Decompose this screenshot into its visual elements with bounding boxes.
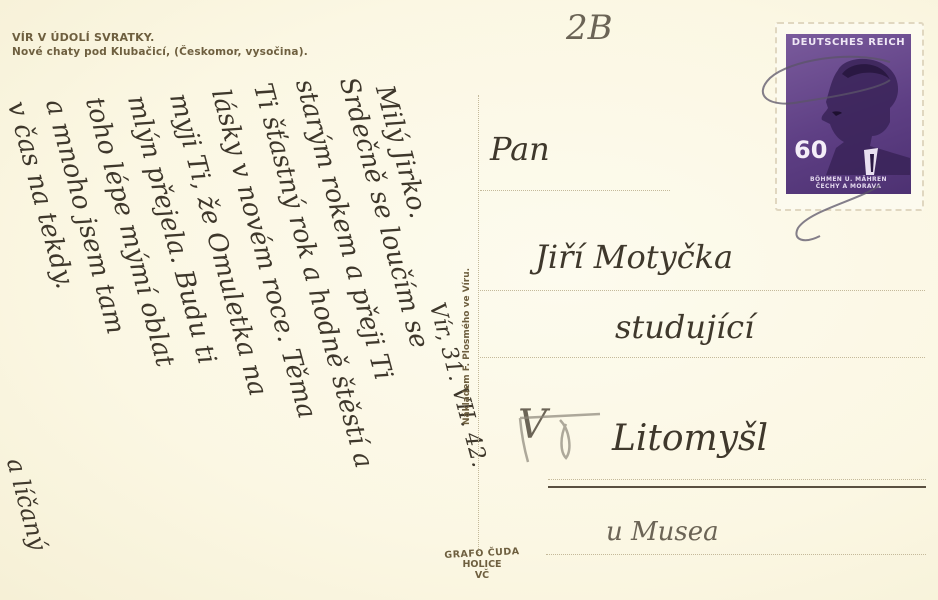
publisher-imprint: Nákladem F. Plosmého ve Víru. <box>462 205 476 425</box>
stamp-value: 60 <box>794 136 827 164</box>
address-street: u Musea <box>606 517 719 547</box>
printer-mark: GRAFO ČUDA HOLICE VČ <box>432 548 532 581</box>
caption-subtitle: Nové chaty pod Klubačicí, (Českomor, vys… <box>12 46 308 58</box>
stamp-footer-line2: ČECHY A MORAVA <box>786 183 911 190</box>
address-line-4 <box>548 479 926 480</box>
caption-title: VÍR V ÚDOLÍ SVRATKY. <box>12 31 155 44</box>
address-city: Litomyšl <box>612 418 768 459</box>
address-name: Jiří Motyčka <box>535 238 733 276</box>
message-closing: a líčaný <box>1 455 52 553</box>
address-line-5 <box>546 554 926 555</box>
stamp-footer: BÖHMEN U. MÄHREN ČECHY A MORAVA <box>786 176 911 190</box>
address-city-prefix: V <box>518 402 547 448</box>
city-underline <box>548 486 926 488</box>
address-line-1 <box>480 190 670 191</box>
postcard-back: VÍR V ÚDOLÍ SVRATKY. Nové chaty pod Klub… <box>0 0 938 600</box>
stamp-header: DEUTSCHES REICH <box>786 37 911 48</box>
stamp-face: DEUTSCHES REICH 60 BÖHMEN U. MÄHREN ČECH… <box>786 34 911 194</box>
corner-note: 2B <box>566 8 613 48</box>
stamp-footer-line1: BÖHMEN U. MÄHREN <box>786 176 911 183</box>
address-line-2 <box>480 290 925 291</box>
address-salutation: Pan <box>490 130 550 168</box>
address-line-3 <box>480 357 925 358</box>
message-date: Vír, 31. VII. 42. <box>424 300 492 470</box>
postage-stamp: DEUTSCHES REICH 60 BÖHMEN U. MÄHREN ČECH… <box>775 22 924 211</box>
address-title: studující <box>615 308 754 346</box>
printer-region: VČ <box>432 570 532 581</box>
center-divider <box>478 95 479 555</box>
